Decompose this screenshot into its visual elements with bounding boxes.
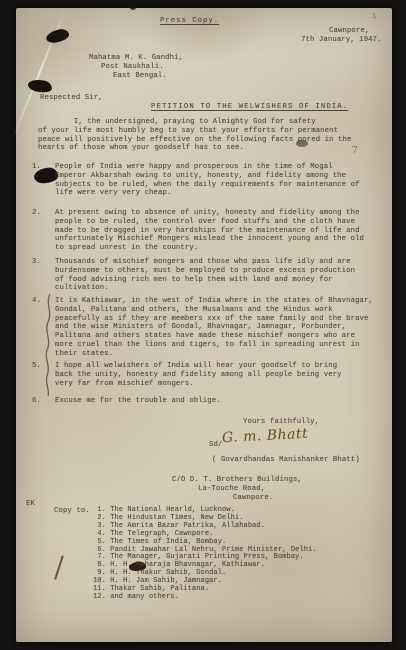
salutation: Respected Sir, bbox=[40, 94, 103, 103]
point-4-number: 4. bbox=[32, 297, 41, 306]
sender-address-line3: Cawnpore. bbox=[233, 494, 273, 503]
intro-paragraph: I, the undersigned, praying to Almighty … bbox=[38, 118, 374, 153]
recipient-region: East Bengal. bbox=[113, 72, 167, 81]
subject-line: PETITION TO THE WELWISHERS OF INDIA. bbox=[151, 103, 348, 112]
point-3-text: Thousands of mischief mongers and those … bbox=[55, 258, 389, 293]
page-number: 1 bbox=[372, 13, 376, 21]
recipient-name: Mahatma M. K. Gandhi, bbox=[89, 54, 183, 63]
date-line: 7th January, 1947. bbox=[301, 36, 382, 45]
point-3-number: 3. bbox=[32, 258, 41, 267]
point-2-text: At present owing to absence of unity, ho… bbox=[55, 209, 389, 253]
point-6-number: 6. bbox=[32, 397, 41, 406]
copy-item-12: 12. and many others. bbox=[93, 594, 179, 602]
point-6-text: Excuse me for the trouble and oblige. bbox=[55, 397, 389, 406]
handwritten-mark-7: 7 bbox=[352, 146, 358, 156]
copy-to-label: Copy to. bbox=[54, 507, 90, 516]
press-copy-label: Press Copy. bbox=[160, 17, 219, 26]
point-1-text: People of India were happy and prosperou… bbox=[55, 163, 389, 198]
typist-initials: EK bbox=[26, 500, 35, 509]
point-5-number: 5. bbox=[32, 362, 41, 371]
point-2-number: 2. bbox=[32, 209, 41, 218]
point-1-number: 1. bbox=[32, 163, 41, 172]
point-4-text: It is Kathiawar, in the west of India wh… bbox=[55, 297, 391, 359]
handwritten-bracket bbox=[42, 294, 56, 396]
top-edge-speck bbox=[130, 6, 136, 10]
place-line: Cawnpore, bbox=[329, 27, 369, 36]
sender-address-line1: C/O D. T. Brothers Buildings, bbox=[172, 476, 302, 485]
point-5-text: I hope all welwishers of India will hear… bbox=[55, 362, 389, 388]
scanned-letter-photo: Press Copy. 1 Cawnpore, 7th January, 194… bbox=[0, 0, 406, 650]
sd-label: Sd/ bbox=[209, 441, 222, 450]
sender-address-line2: La-Touche Road, bbox=[198, 485, 265, 494]
recipient-post: Post Naukhali. bbox=[101, 63, 164, 72]
signature-printed-name: ( Govardhandas Manishanker Bhatt) bbox=[212, 456, 360, 465]
